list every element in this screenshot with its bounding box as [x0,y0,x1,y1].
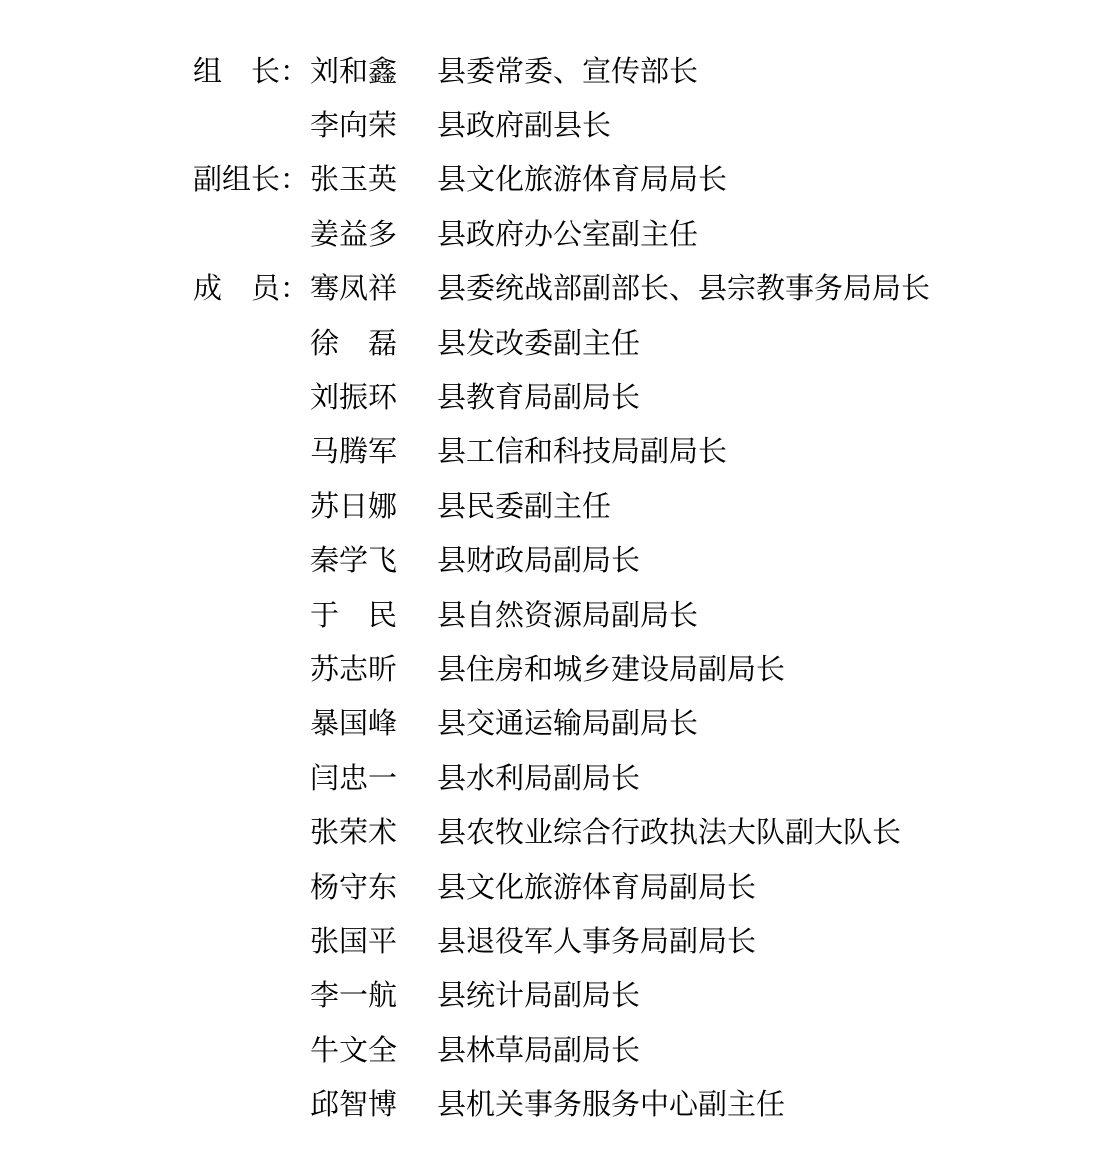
person-title: 县政府办公室副主任 [437,221,1072,250]
person-title: 县住房和城乡建设局副局长 [437,656,1072,685]
person-name: 李一航 [310,982,437,1011]
person-name: 苏志昕 [310,656,437,685]
person-name: 徐 磊 [310,330,437,359]
roster-row: 成 员： 骞凤祥 县委统战部副部长、县宗教事务局局长 [193,263,1072,317]
person-name: 牛文全 [310,1037,437,1066]
person-title: 县统计局副局长 [437,982,1072,1011]
person-title: 县财政局副局长 [437,547,1072,576]
person-title: 县机关事务服务中心副主任 [437,1091,1072,1120]
roster-row: 邱智博 县机关事务服务中心副主任 [193,1078,1072,1132]
person-name: 杨守东 [310,874,437,903]
person-title: 县自然资源局副局长 [437,602,1072,631]
roster-row: 闫忠一 县水利局副局长 [193,752,1072,806]
roster-row: 李向荣 县政府副县长 [193,99,1072,153]
role-label: 成 员： [193,275,310,304]
person-name: 李向荣 [310,112,437,141]
person-title: 县农牧业综合行政执法大队副大队长 [437,819,1072,848]
roster-row: 秦学飞 县财政局副局长 [193,535,1072,589]
document-page: 组 长： 刘和鑫 县委常委、宣传部长 李向荣 县政府副县长 副组长： 张玉英 县… [0,0,1102,1167]
person-name: 马腾军 [310,438,437,467]
person-name: 邱智博 [310,1091,437,1120]
person-name: 姜益多 [310,221,437,250]
role-label: 组 长： [193,58,310,87]
person-title: 县发改委副主任 [437,330,1072,359]
person-title: 县水利局副局长 [437,765,1072,794]
roster-row: 牛文全 县林草局副局长 [193,1024,1072,1078]
person-title: 县文化旅游体育局副局长 [437,874,1072,903]
roster-row: 马腾军 县工信和科技局副局长 [193,426,1072,480]
roster-row: 李一航 县统计局副局长 [193,970,1072,1024]
person-title: 县工信和科技局副局长 [437,438,1072,467]
role-label: 副组长： [193,166,310,195]
roster-row: 杨守东 县文化旅游体育局副局长 [193,861,1072,915]
person-name: 张玉英 [310,166,437,195]
roster-row: 组 长： 刘和鑫 县委常委、宣传部长 [193,45,1072,99]
roster-row: 刘振环 县教育局副局长 [193,371,1072,425]
roster-row: 苏日娜 县民委副主任 [193,480,1072,534]
person-title: 县文化旅游体育局局长 [437,166,1072,195]
roster-row: 徐 磊 县发改委副主任 [193,317,1072,371]
person-name: 张国平 [310,928,437,957]
leadership-roster: 组 长： 刘和鑫 县委常委、宣传部长 李向荣 县政府副县长 副组长： 张玉英 县… [193,45,1072,1133]
roster-row: 张国平 县退役军人事务局副局长 [193,915,1072,969]
person-title: 县政府副县长 [437,112,1072,141]
person-name: 暴国峰 [310,710,437,739]
roster-row: 于 民 县自然资源局副局长 [193,589,1072,643]
person-title: 县民委副主任 [437,493,1072,522]
person-title: 县交通运输局副局长 [437,710,1072,739]
person-title: 县委统战部副部长、县宗教事务局局长 [437,275,1072,304]
person-name: 刘和鑫 [310,58,437,87]
person-name: 苏日娜 [310,493,437,522]
person-name: 秦学飞 [310,547,437,576]
person-name: 刘振环 [310,384,437,413]
roster-row: 暴国峰 县交通运输局副局长 [193,698,1072,752]
roster-row: 张荣术 县农牧业综合行政执法大队副大队长 [193,806,1072,860]
roster-row: 副组长： 张玉英 县文化旅游体育局局长 [193,154,1072,208]
person-title: 县林草局副局长 [437,1037,1072,1066]
person-name: 于 民 [310,602,437,631]
person-title: 县教育局副局长 [437,384,1072,413]
roster-row: 姜益多 县政府办公室副主任 [193,208,1072,262]
roster-row: 苏志昕 县住房和城乡建设局副局长 [193,643,1072,697]
person-title: 县退役军人事务局副局长 [437,928,1072,957]
person-title: 县委常委、宣传部长 [437,58,1072,87]
person-name: 张荣术 [310,819,437,848]
person-name: 闫忠一 [310,765,437,794]
person-name: 骞凤祥 [310,275,437,304]
